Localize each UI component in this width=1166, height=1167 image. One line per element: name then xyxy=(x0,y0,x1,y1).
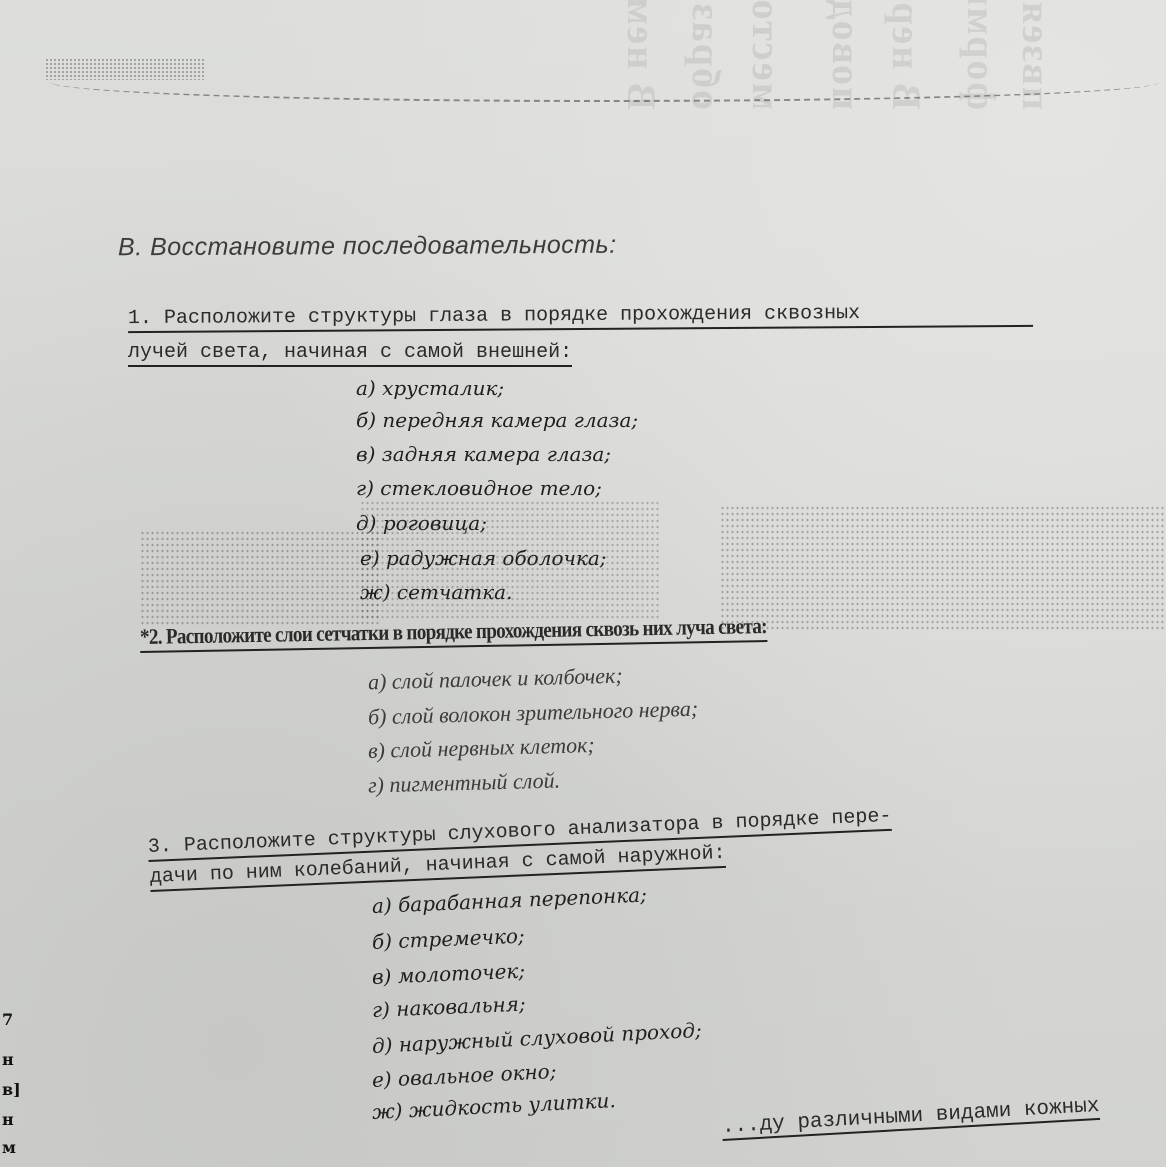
question-1-option: г) стекловидное тело; xyxy=(356,476,602,500)
question-1-line-1: 1. Расположите структуры глаза в порядке… xyxy=(128,301,1033,333)
section-title: В. Восстановите последовательность: xyxy=(118,231,617,263)
question-1-line-2: лучей света, начиная с самой внешней: xyxy=(128,341,572,367)
question-3-option: а) барабанная перепонка; xyxy=(371,882,647,917)
question-1-option: а) хрусталик; xyxy=(356,376,504,400)
toner-noise xyxy=(720,505,1166,630)
question-1-option: е) радужная оболочка; xyxy=(360,546,607,570)
question-1-option: в) задняя камера глаза; xyxy=(356,442,611,466)
margin-fragment: н xyxy=(2,1110,14,1129)
question-3-option: г) наковальня; xyxy=(371,992,526,1022)
toner-noise xyxy=(140,530,380,625)
margin-fragment: м xyxy=(2,1138,16,1157)
question-2-option: а) слой палочек и колбочек; xyxy=(368,663,623,696)
question-3-option: д) наружный слуховой проход; xyxy=(371,1018,702,1058)
question-2-heading: *2. Расположите слои сетчатки в порядке … xyxy=(140,613,767,653)
question-2-option: г) пигментный слой. xyxy=(368,767,561,798)
question-3-option: б) стремечко; xyxy=(371,924,525,954)
worksheet-page: пвзея формирование В нервном повода мест… xyxy=(0,0,1166,1167)
question-3-option: в) молоточек; xyxy=(371,959,525,989)
question-1-option: ж) сетчатка. xyxy=(360,580,512,604)
next-question-partial-heading: ...ду различными видами кожных xyxy=(721,1095,1100,1141)
margin-fragment: в] xyxy=(2,1080,21,1099)
header-smudge xyxy=(45,58,205,80)
question-2-option: в) слой нервных клеток; xyxy=(368,732,595,764)
question-3-option: ж) жидкость улитки. xyxy=(371,1088,616,1124)
margin-fragment: 7 xyxy=(2,1010,13,1029)
question-1-option: д) роговица; xyxy=(356,511,487,535)
margin-fragment: н xyxy=(2,1050,14,1069)
question-3-option: е) овальное окно; xyxy=(371,1059,557,1092)
question-1-option: б) передняя камера глаза; xyxy=(356,408,638,432)
question-2-option: б) слой волокон зрительного нерва; xyxy=(368,696,699,731)
